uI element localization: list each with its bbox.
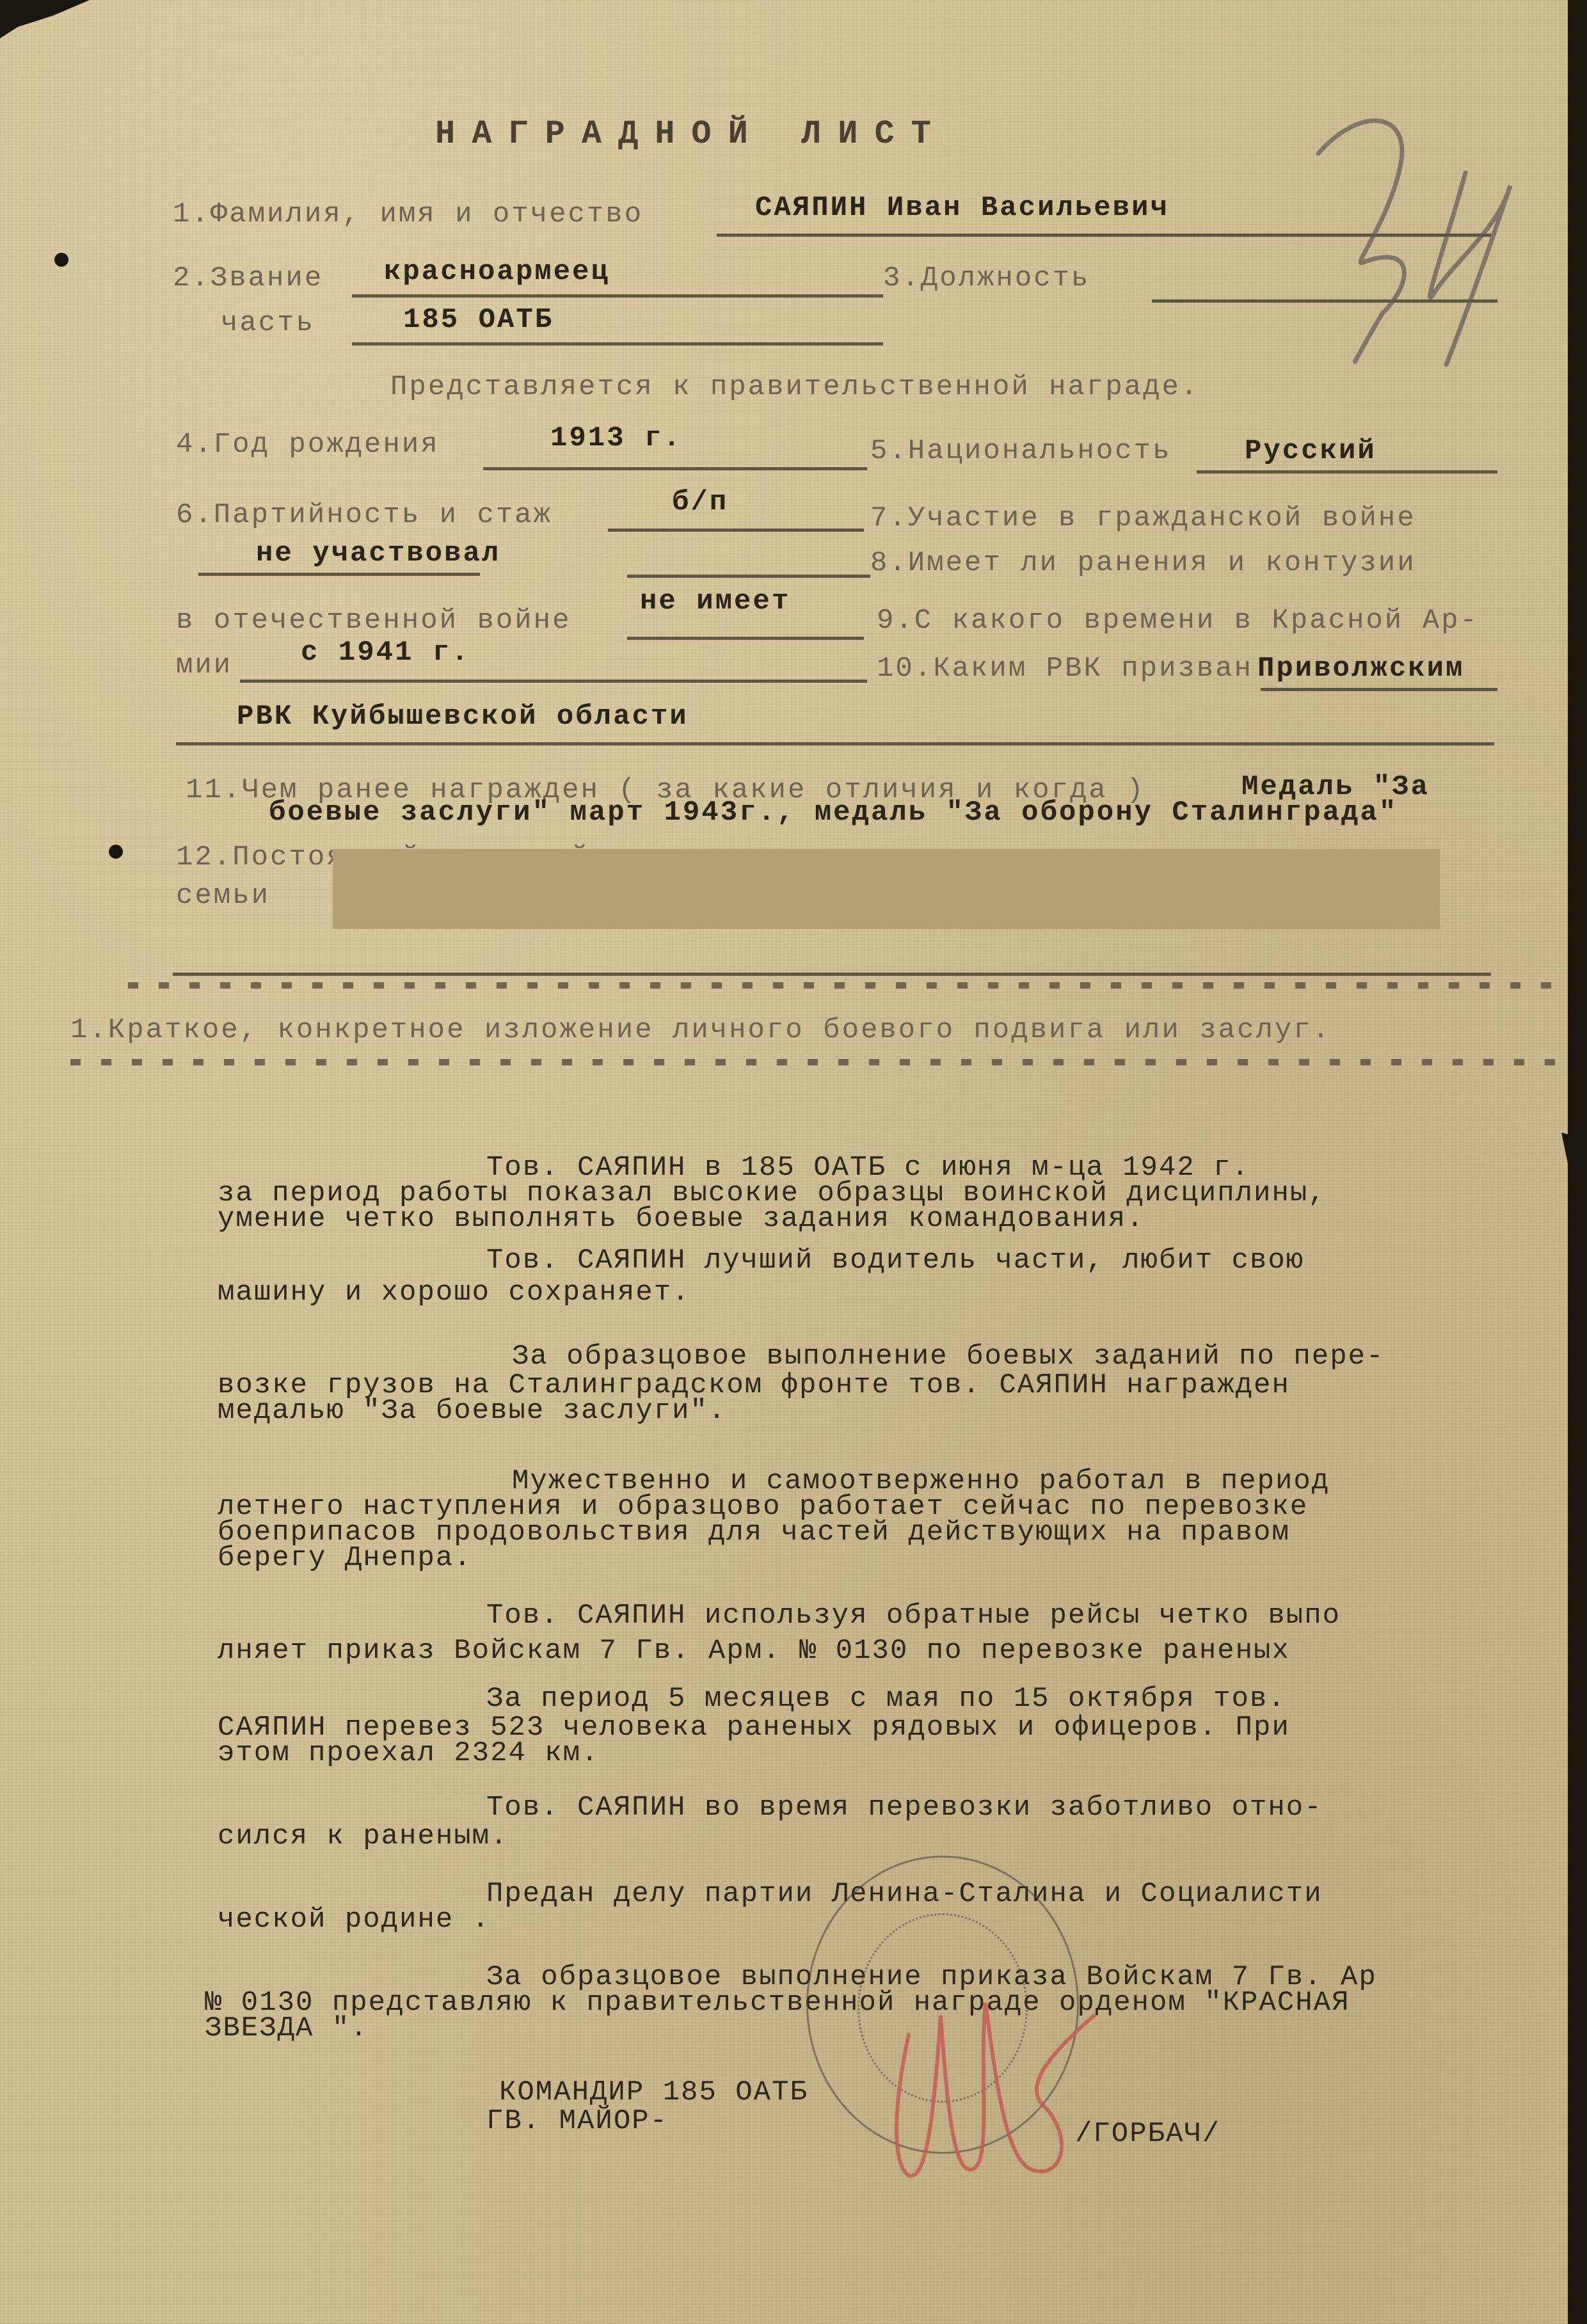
field-8-value: не имеет [640,585,790,617]
field-1-label: 1.Фамилия, имя и отчество [173,198,643,230]
field-2-value: красноармеец [384,256,610,288]
narrative-line: За период 5 месяцев с мая по 15 октября … [486,1683,1286,1715]
field-10-underline [1261,688,1497,691]
unit-underline [352,342,883,346]
narrative-line: ЗВЕЗДА ". [205,2012,369,2044]
field-10-underline-2 [176,742,1494,745]
field-7-label: 7.Участие в гражданской войне [870,502,1416,534]
signature-position: КОМАНДИР 185 ОАТБ [499,2076,808,2108]
narrative-line: медалью "За боевые заслуги". [218,1395,726,1427]
punch-hole [54,253,68,267]
award-sheet-page: НАГРАДНОЙ ЛИСТ 1.Фамилия, имя и отчество… [0,0,1577,2324]
field-6-value: б/п [672,486,728,518]
punch-hole [109,845,123,859]
unit-label: часть [221,307,315,339]
field-12-label-cont: семьи [176,880,270,912]
field-9-underline [240,680,867,683]
narrative-line: лняет приказ Войскам 7 Гв. Арм. № 0130 п… [218,1635,1290,1667]
narrative-line: машину и хорошо сохраняет. [218,1277,690,1309]
narrative-line: этом проехал 2324 км. [218,1737,600,1769]
narrative-line: № 0130 представляю к правительственной н… [205,1987,1350,2019]
field-5-underline [1197,470,1497,474]
field-5-label: 5.Национальность [870,435,1171,467]
dashed-divider [128,982,1561,989]
field-3-label: 3.Должность [883,262,1090,294]
document-title: НАГРАДНОЙ ЛИСТ [435,115,948,153]
intro-statement: Представляется к правительственной награ… [390,371,1199,403]
narrative-line: За образцовое выполнение боевых заданий … [512,1341,1384,1373]
dashed-divider [70,1059,1561,1065]
field-5-value: Русский [1245,435,1376,467]
redacted-address [333,849,1440,929]
field-4-underline [483,467,867,470]
field-8-label-cont: в отечественной войне [176,605,571,637]
narrative-line: берегу Днепра. [218,1542,472,1574]
field-11-value-b: боевые заслуги" март 1943г., медаль "За … [269,797,1398,829]
field-12-underline [173,973,1491,976]
unit-value: 185 ОАТБ [403,304,554,336]
narrative-line: Тов. САЯПИН во время перевозки заботливо… [486,1792,1323,1824]
field-10-value-cont: РВК Куйбышевской области [237,701,689,733]
torn-corner [0,0,90,38]
field-4-value: 1913 г. [550,422,682,454]
narrative-line: умение четко выполнять боевые задания ко… [218,1203,1145,1235]
field-6-underline [608,529,864,532]
field-4-label: 4.Год рождения [176,429,440,461]
field-2-underline [352,294,883,298]
field-9-label-cont: мии [176,649,232,681]
field-9-value: с 1941 г. [301,637,470,669]
field-8-underline [627,637,864,640]
pencil-annotation-icon [1254,102,1523,378]
field-8-label: 8.Имеет ли ранения и контузии [870,547,1416,579]
section-heading: 1.Краткое, конкретное изложение личного … [70,1014,1331,1046]
field-7-underline-2 [627,575,870,578]
field-1-value: САЯПИН Иван Васильевич [755,192,1169,224]
field-10-label: 10.Каким РВК призван [877,653,1253,685]
field-7-value: не участвовал [256,537,500,569]
red-ink-signature [883,1977,1126,2188]
field-9-label: 9.С какого времени в Красной Ар- [877,605,1479,637]
field-10-value: Приволжским [1257,653,1464,685]
field-7-underline [198,573,480,576]
field-6-label: 6.Партийность и стаж [176,499,552,531]
narrative-line: сился к раненым. [218,1820,508,1852]
field-2-label: 2.Звание [173,262,323,294]
narrative-line: ческой родине . [218,1904,490,1936]
narrative-line: Тов. САЯПИН лучший водитель части, любит… [486,1245,1304,1277]
narrative-line: Тов. САЯПИН используя обратные рейсы чет… [486,1600,1341,1632]
signature-rank: ГВ. МАЙОР- [486,2105,668,2137]
